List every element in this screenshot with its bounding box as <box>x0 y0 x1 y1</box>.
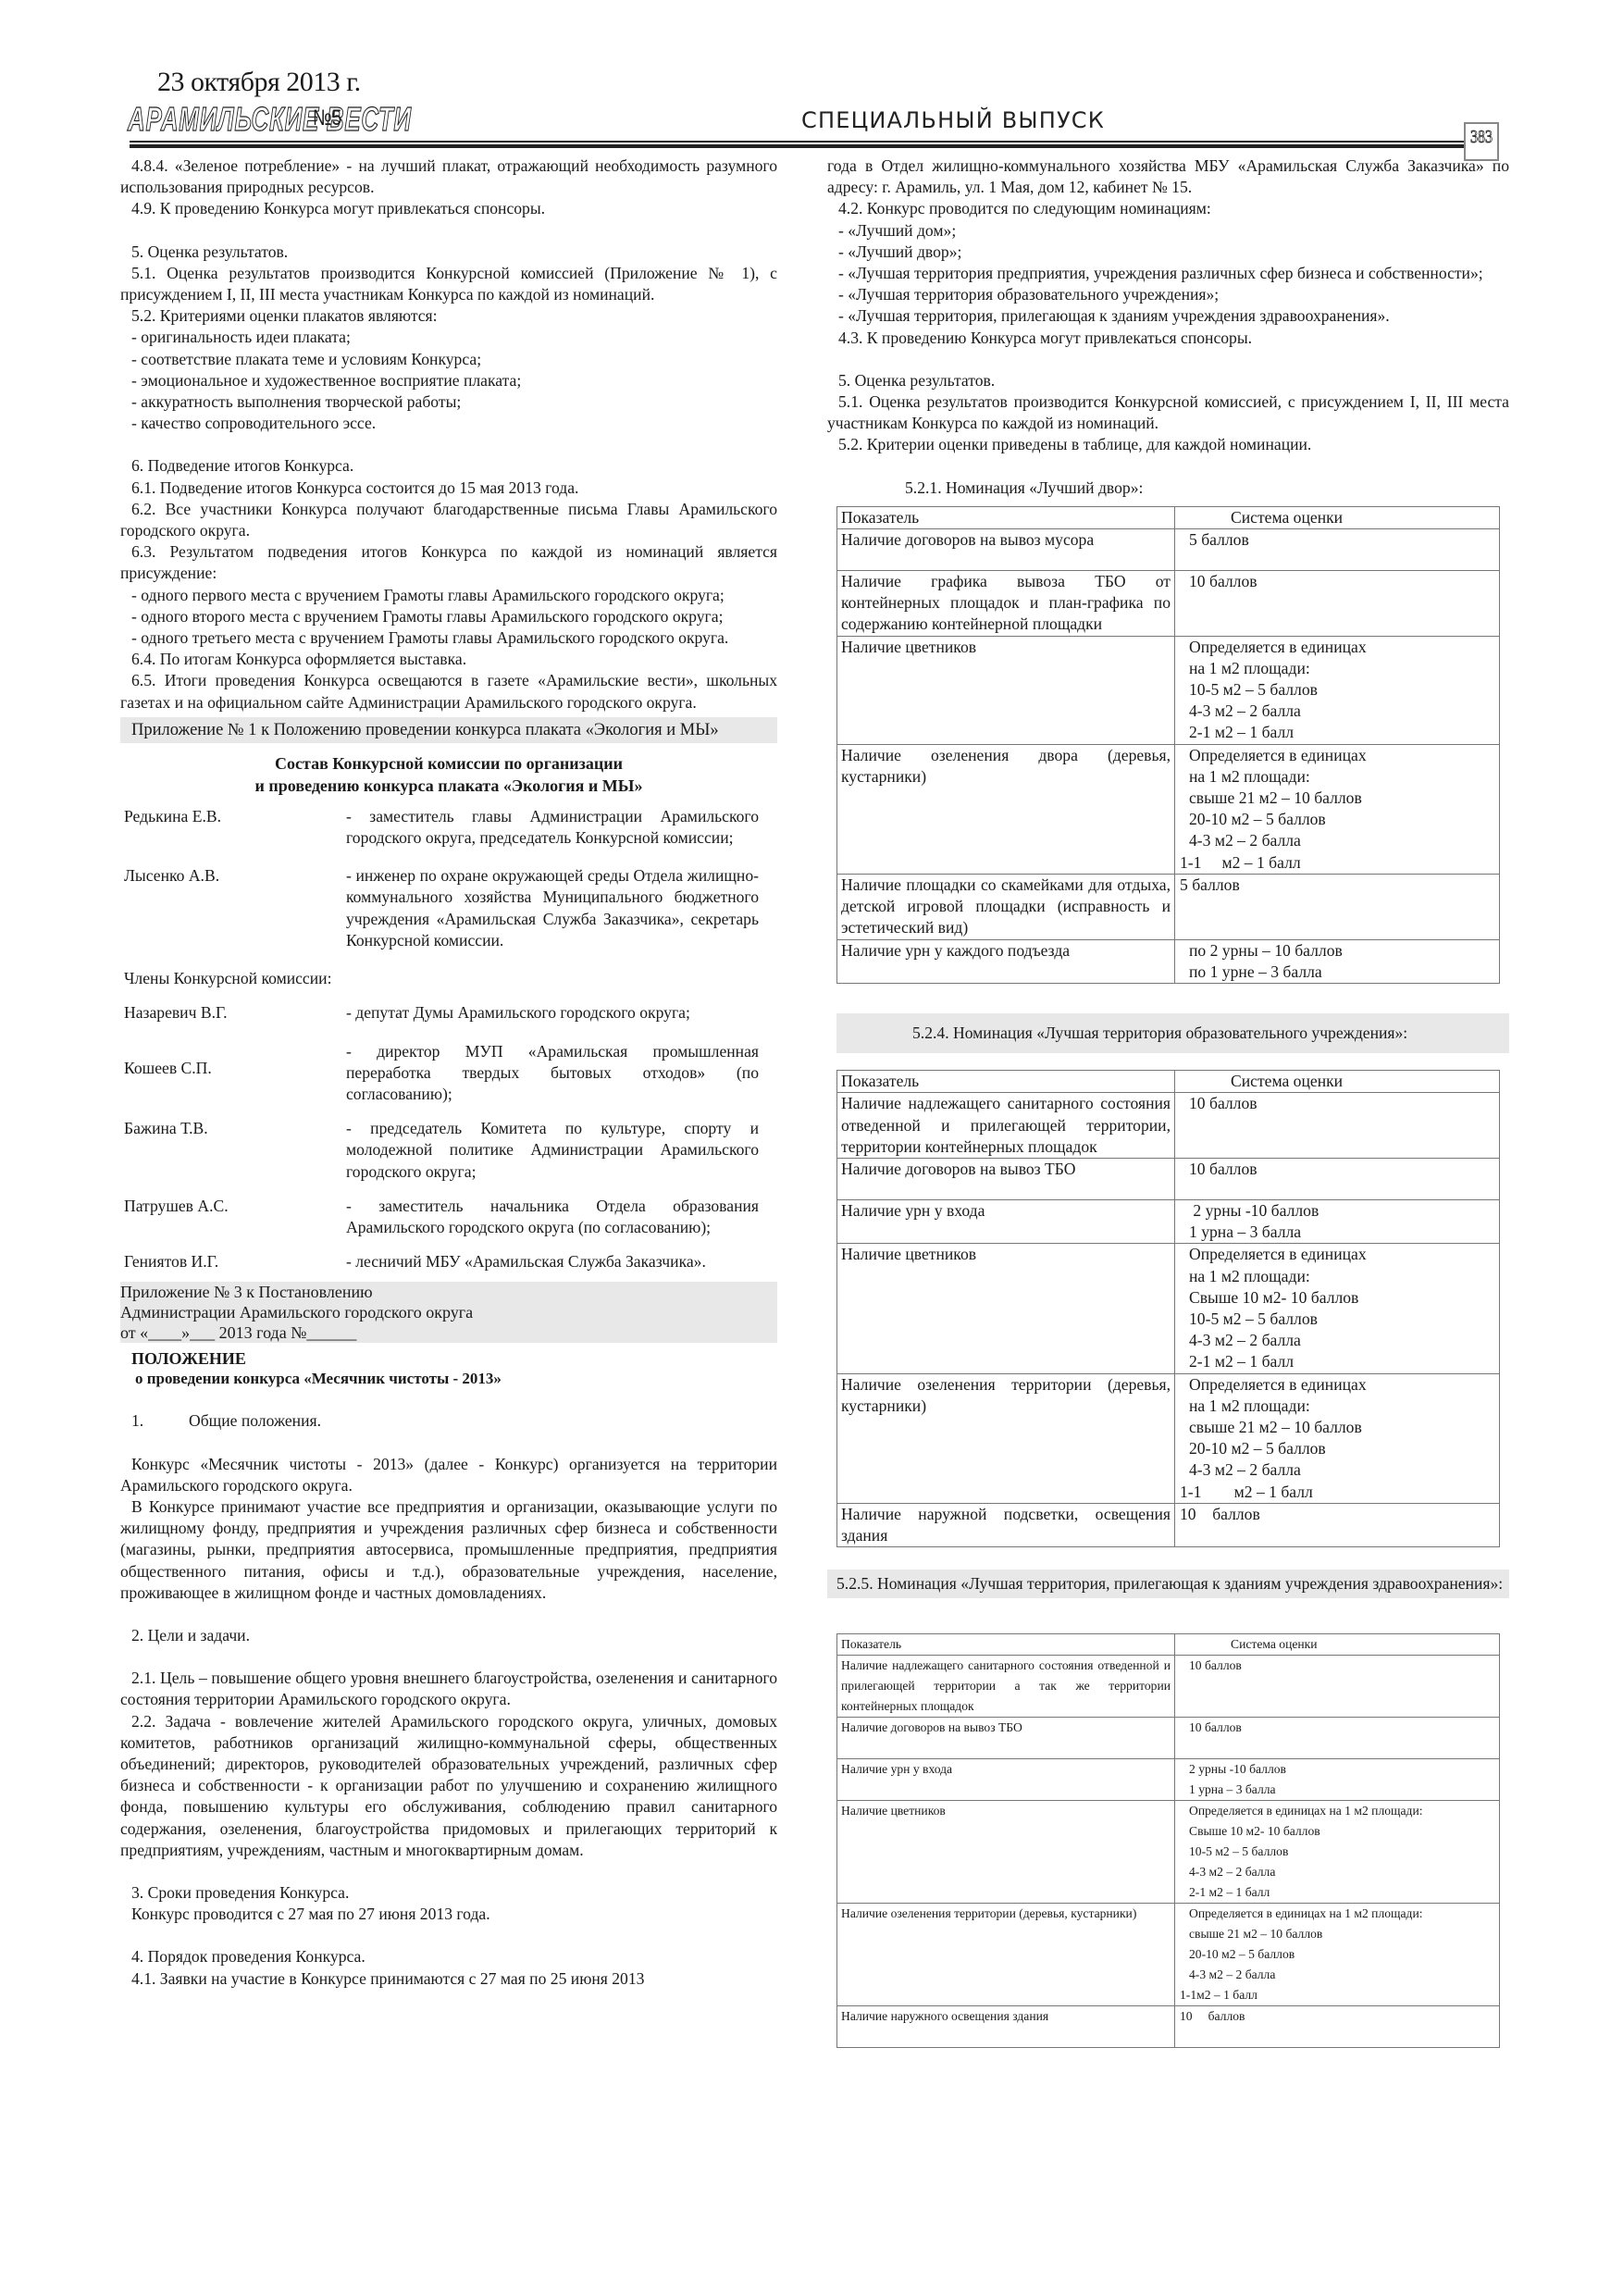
score-line: 4-3 м2 – 2 балла <box>1189 1330 1495 1351</box>
score-line: Определяется в единицах на 1 м2 площади: <box>1189 1904 1495 1924</box>
paragraph: 6.1. Подведение итогов Конкурса состоитс… <box>120 478 777 499</box>
newspaper-title: АРАМИЛЬСКИЕ ВЕСТИ <box>128 100 412 139</box>
score-cell: 10 баллов <box>1175 2006 1500 2048</box>
list-item: - аккуратность выполнения творческой раб… <box>120 391 777 413</box>
paragraph: Конкурс проводится с 27 мая по 27 июня 2… <box>120 1904 777 1925</box>
commission-member: Бажина Т.В. - председатель Комитета по к… <box>120 1118 777 1183</box>
table-header-row: ПоказательСистема оценки <box>837 1071 1500 1093</box>
member-role: - председатель Комитета по культуре, спо… <box>346 1118 759 1183</box>
score-line: 20-10 м2 – 5 баллов <box>1189 1944 1495 1965</box>
score-line: Определяется в единицах <box>1189 745 1495 766</box>
member-name: Бажина Т.В. <box>120 1118 346 1183</box>
score-line: по 2 урны – 10 баллов <box>1189 940 1495 962</box>
member-role: - заместитель начальника Отдела образова… <box>346 1196 759 1238</box>
list-item: - одного первого места с вручением Грамо… <box>120 585 777 606</box>
indicator-cell: Наличие урн у входа <box>837 1759 1175 1801</box>
header-rule-thin <box>130 141 1464 143</box>
paragraph: 6.4. По итогам Конкурса оформляется выст… <box>120 649 777 670</box>
issue-number: №5 <box>313 105 341 131</box>
column-header: Показатель <box>837 1071 1175 1093</box>
score-cell: Определяется в единицахна 1 м2 площади:С… <box>1175 1244 1500 1373</box>
score-cell: 10 баллов <box>1175 1503 1500 1546</box>
score-line: 4-3 м2 – 2 балла <box>1189 701 1495 722</box>
member-role: - заместитель главы Администрации Арамил… <box>346 806 759 849</box>
paragraph: 5.2. Критерии оценки приведены в таблице… <box>827 434 1509 455</box>
score-line: 10-5 м2 – 5 баллов <box>1189 1309 1495 1330</box>
indicator-cell: Наличие цветников <box>837 636 1175 744</box>
score-cell: 10 баллов <box>1175 1093 1500 1159</box>
indicator-cell: Наличие озеленения двора (деревья, куста… <box>837 744 1175 874</box>
score-line: 4-3 м2 – 2 балла <box>1189 1459 1495 1481</box>
paragraph: 4.8.4. «Зеленое потребление» - на лучший… <box>120 155 777 198</box>
list-item: - качество сопроводительного эссе. <box>120 413 777 434</box>
paragraph: 6.5. Итоги проведения Конкурса освещаютс… <box>120 670 777 713</box>
indicator-cell: Наличие площадки со скамейками для отдых… <box>837 874 1175 939</box>
member-role: - лесничий МБУ «Арамильская Служба Заказ… <box>346 1251 759 1272</box>
regulation-title: ПОЛОЖЕНИЕ <box>131 1348 777 1369</box>
score-line: 1-1 м2 – 1 балл <box>1180 1482 1495 1503</box>
score-line: 2 урны -10 баллов <box>1189 1759 1495 1780</box>
table-row: Наличие цветниковОпределяется в единицах… <box>837 1801 1500 1904</box>
score-line: 5 баллов <box>1189 529 1495 551</box>
score-line: 10 баллов <box>1180 2006 1495 2027</box>
score-cell: 10 баллов <box>1175 1656 1500 1718</box>
section-heading: 3. Сроки проведения Конкурса. <box>120 1882 777 1904</box>
table-row: Наличие графика вывоза ТБО от контейнерн… <box>837 571 1500 637</box>
table-row: Наличие озеленения территории (деревья, … <box>837 1373 1500 1503</box>
score-line: 5 баллов <box>1180 875 1495 896</box>
commission-title-line: Состав Конкурсной комиссии по организаци… <box>120 752 777 775</box>
score-line: Определяется в единицах <box>1189 637 1495 658</box>
list-item: - «Лучшая территория, прилегающая к здан… <box>827 305 1509 327</box>
score-line: Свыше 10 м2- 10 баллов <box>1189 1821 1495 1842</box>
indicator-cell: Наличие договоров на вывоз мусора <box>837 529 1175 571</box>
table-row: Наличие урн у входа 2 урны -10 баллов1 у… <box>837 1199 1500 1243</box>
score-line: свыше 21 м2 – 10 баллов <box>1189 1924 1495 1944</box>
score-line: по 1 урне – 3 балла <box>1189 962 1495 983</box>
score-cell: 10 баллов <box>1175 1718 1500 1759</box>
section-heading: 1. Общие положения. <box>131 1410 777 1432</box>
masthead: 23 октября 2013 г. АРАМИЛЬСКИЕ ВЕСТИ №5 … <box>111 19 1518 148</box>
column-header: Система оценки <box>1175 1071 1500 1093</box>
appendix-line: Приложение № 3 к Постановлению <box>120 1282 777 1302</box>
score-cell: 10 баллов <box>1175 1158 1500 1199</box>
score-line: Свыше 10 м2- 10 баллов <box>1189 1287 1495 1309</box>
score-line: 2 урны -10 баллов <box>1189 1200 1495 1222</box>
issue-date: 23 октября 2013 г. <box>157 67 361 98</box>
score-line: на 1 м2 площади: <box>1189 1396 1495 1417</box>
indicator-cell: Наличие урн у входа <box>837 1199 1175 1243</box>
score-line: Определяется в единицах <box>1189 1244 1495 1265</box>
commission-member: Гениятов И.Г. - лесничий МБУ «Арамильска… <box>120 1251 777 1272</box>
indicator-cell: Наличие цветников <box>837 1801 1175 1904</box>
score-line: на 1 м2 площади: <box>1189 1266 1495 1287</box>
paragraph: Конкурс «Месячник чистоты - 2013» (далее… <box>120 1454 777 1496</box>
table-row: Наличие цветниковОпределяется в единицах… <box>837 636 1500 744</box>
paragraph: 4.9. К проведению Конкурса могут привлек… <box>120 198 777 219</box>
appendix-line: Администрации Арамильского городского ок… <box>120 1302 777 1322</box>
list-item: - соответствие плаката теме и условиям К… <box>120 349 777 370</box>
score-line: свыше 21 м2 – 10 баллов <box>1189 788 1495 809</box>
score-cell: 2 урны -10 баллов1 урна – 3 балла <box>1175 1759 1500 1801</box>
table-row: Наличие урн у каждого подъездапо 2 урны … <box>837 939 1500 983</box>
score-line: 20-10 м2 – 5 баллов <box>1189 809 1495 830</box>
header-rule-thick <box>130 144 1464 148</box>
list-item: - эмоциональное и художественное восприя… <box>120 370 777 391</box>
paragraph: 4.1. Заявки на участие в Конкурсе приним… <box>120 1968 777 1990</box>
section-title: СПЕЦИАЛЬНЫЙ ВЫПУСК <box>801 107 1105 133</box>
indicator-cell: Наличие договоров на вывоз ТБО <box>837 1718 1175 1759</box>
commission-member: Редькина Е.В. - заместитель главы Админи… <box>120 806 777 849</box>
table-row: Наличие площадки со скамейками для отдых… <box>837 874 1500 939</box>
member-name: Патрушев А.С. <box>120 1196 346 1238</box>
score-line: свыше 21 м2 – 10 баллов <box>1189 1417 1495 1438</box>
list-item: - «Лучшая территория образовательного уч… <box>827 284 1509 305</box>
score-cell: Определяется в единицахна 1 м2 площади:с… <box>1175 744 1500 874</box>
table-row: Наличие наружной подсветки, освещения зд… <box>837 1503 1500 1546</box>
member-role: - директор МУП «Арамильская промышленная… <box>346 1041 759 1106</box>
score-line: 2-1 м2 – 1 балл <box>1189 1351 1495 1372</box>
list-item: - одного второго места с вручением Грамо… <box>120 606 777 627</box>
score-cell: 10 баллов <box>1175 571 1500 637</box>
commission-member: Патрушев А.С. - заместитель начальника О… <box>120 1196 777 1238</box>
member-role: - инженер по охране окружающей среды Отд… <box>346 865 759 951</box>
table-caption: 5.2.5. Номинация «Лучшая территория, при… <box>827 1570 1509 1598</box>
score-line: 10 баллов <box>1189 571 1495 592</box>
paragraph: 5.1. Оценка результатов производится Кон… <box>827 391 1509 434</box>
list-item: - «Лучшая территория предприятия, учрежд… <box>827 263 1509 284</box>
paragraph: 5.2. Критериями оценки плакатов являются… <box>120 305 777 327</box>
score-line: 1 урна – 3 балла <box>1189 1222 1495 1243</box>
table-row: Наличие озеленения территории (деревья, … <box>837 1904 1500 2006</box>
paragraph: 4.2. Конкурс проводится по следующим ном… <box>827 198 1509 219</box>
paragraph: 6.2. Все участники Конкурса получают бла… <box>120 499 777 541</box>
commission-member: Лысенко А.В. - инженер по охране окружаю… <box>120 865 777 951</box>
member-name: Лысенко А.В. <box>120 865 346 951</box>
score-cell: Определяется в единицахна 1 м2 площади:1… <box>1175 636 1500 744</box>
appendix-3-note: Приложение № 3 к Постановлению Администр… <box>120 1282 777 1343</box>
table-header-row: ПоказательСистема оценки <box>837 506 1500 528</box>
indicator-cell: Наличие цветников <box>837 1244 1175 1373</box>
indicator-cell: Наличие урн у каждого подъезда <box>837 939 1175 983</box>
section-heading: 4. Порядок проведения Конкурса. <box>120 1946 777 1967</box>
section-heading: 2. Цели и задачи. <box>120 1625 777 1646</box>
table-row: Наличие озеленения двора (деревья, куста… <box>837 744 1500 874</box>
commission-title: Состав Конкурсной комиссии по организаци… <box>120 752 777 797</box>
score-cell: по 2 урны – 10 балловпо 1 урне – 3 балла <box>1175 939 1500 983</box>
member-role: - депутат Думы Арамильского городского о… <box>346 1002 759 1024</box>
commission-title-line: и проведению конкурса плаката «Экология … <box>120 775 777 797</box>
score-line: Определяется в единицах на 1 м2 площади: <box>1189 1801 1495 1821</box>
table-row: Наличие надлежащего санитарного состояни… <box>837 1093 1500 1159</box>
score-line: 4-3 м2 – 2 балла <box>1189 830 1495 851</box>
list-item: - оригинальность идеи плаката; <box>120 327 777 348</box>
score-cell: Определяется в единицахна 1 м2 площади:с… <box>1175 1373 1500 1503</box>
list-item: - «Лучший двор»; <box>827 242 1509 263</box>
appendix-1-note: Приложение № 1 к Положению проведении ко… <box>120 717 777 743</box>
score-line: 1 урна – 3 балла <box>1189 1780 1495 1800</box>
left-column: 4.8.4. «Зеленое потребление» - на лучший… <box>120 155 777 1990</box>
indicator-cell: Наличие надлежащего санитарного состояни… <box>837 1093 1175 1159</box>
score-cell: 2 урны -10 баллов1 урна – 3 балла <box>1175 1199 1500 1243</box>
score-line: на 1 м2 площади: <box>1189 766 1495 788</box>
score-cell: 5 баллов <box>1175 529 1500 571</box>
commission-member: Кошеев С.П. - директор МУП «Арамильская … <box>120 1041 777 1106</box>
regulation-subtitle: о проведении конкурса «Месячник чистоты … <box>135 1369 777 1389</box>
section-heading: 6. Подведение итогов Конкурса. <box>120 455 777 477</box>
section-title: Общие положения. <box>189 1410 321 1432</box>
score-line: 1-1м2 – 1 балл <box>1180 1985 1495 2005</box>
list-item: - одного третьего места с вручением Грам… <box>120 627 777 649</box>
section-heading: 5. Оценка результатов. <box>827 370 1509 391</box>
scoring-table-best-yard: ПоказательСистема оценкиНаличие договоро… <box>836 506 1500 984</box>
indicator-cell: Наличие наружного освещения здания <box>837 2006 1175 2048</box>
score-line: 4-3 м2 – 2 балла <box>1189 1965 1495 1985</box>
score-line: 20-10 м2 – 5 баллов <box>1189 1438 1495 1459</box>
paragraph: года в Отдел жилищно-коммунального хозяй… <box>827 155 1509 198</box>
member-name: Гениятов И.Г. <box>120 1251 346 1272</box>
appendix-line: от «____»___ 2013 года №______ <box>120 1322 777 1343</box>
paragraph: 6.3. Результатом подведения итогов Конку… <box>120 541 777 584</box>
section-number: 1. <box>131 1410 189 1432</box>
score-line: Определяется в единицах <box>1189 1374 1495 1396</box>
score-line: 10-5 м2 – 5 баллов <box>1189 1842 1495 1862</box>
table-row: Наличие договоров на вывоз мусора5 балло… <box>837 529 1500 571</box>
score-line: 10 баллов <box>1189 1159 1495 1180</box>
indicator-cell: Наличие озеленения территории (деревья, … <box>837 1904 1175 2006</box>
indicator-cell: Наличие договоров на вывоз ТБО <box>837 1158 1175 1199</box>
paragraph: 2.2. Задача - вовлечение жителей Арамиль… <box>120 1711 777 1861</box>
scoring-table-education: ПоказательСистема оценкиНаличие надлежащ… <box>836 1070 1500 1547</box>
score-line: 2-1 м2 – 1 балл <box>1189 1882 1495 1903</box>
table-row: Наличие договоров на вывоз ТБО10 баллов <box>837 1158 1500 1199</box>
indicator-cell: Наличие наружной подсветки, освещения зд… <box>837 1503 1175 1546</box>
score-line: 10 баллов <box>1189 1718 1495 1738</box>
page-number: 383 <box>1469 127 1493 148</box>
indicator-cell: Наличие надлежащего санитарного состояни… <box>837 1656 1175 1718</box>
score-cell: 5 баллов <box>1175 874 1500 939</box>
paragraph: В Конкурсе принимают участие все предпри… <box>120 1496 777 1604</box>
paragraph: 5.1. Оценка результатов производится Кон… <box>120 263 777 305</box>
score-line: 1-1 м2 – 1 балл <box>1180 852 1495 874</box>
score-line: 10 баллов <box>1189 1656 1495 1676</box>
table-row: Наличие наружного освещения здания10 бал… <box>837 2006 1500 2048</box>
members-label: Члены Конкурсной комиссии: <box>124 968 777 989</box>
column-header: Система оценки <box>1175 1634 1500 1656</box>
score-cell: Определяется в единицах на 1 м2 площади:… <box>1175 1904 1500 2006</box>
table-caption: 5.2.4. Номинация «Лучшая территория обра… <box>836 1013 1509 1053</box>
table-row: Наличие договоров на вывоз ТБО10 баллов <box>837 1718 1500 1759</box>
score-line: 10 баллов <box>1189 1093 1495 1114</box>
indicator-cell: Наличие графика вывоза ТБО от контейнерн… <box>837 571 1175 637</box>
table-row: Наличие надлежащего санитарного состояни… <box>837 1656 1500 1718</box>
table-caption: 5.2.1. Номинация «Лучший двор»: <box>827 478 1509 499</box>
score-line: на 1 м2 площади: <box>1189 658 1495 679</box>
table-header-row: ПоказательСистема оценки <box>837 1634 1500 1656</box>
member-name: Кошеев С.П. <box>120 1041 346 1106</box>
table-row: Наличие урн у входа2 урны -10 баллов1 ур… <box>837 1759 1500 1801</box>
right-column: года в Отдел жилищно-коммунального хозяй… <box>827 155 1509 2048</box>
score-line: 4-3 м2 – 2 балла <box>1189 1862 1495 1882</box>
section-heading: 5. Оценка результатов. <box>120 242 777 263</box>
table-row: Наличие цветниковОпределяется в единицах… <box>837 1244 1500 1373</box>
column-header: Система оценки <box>1175 506 1500 528</box>
paragraph: 4.3. К проведению Конкурса могут привлек… <box>827 328 1509 349</box>
scoring-table-healthcare: ПоказательСистема оценкиНаличие надлежащ… <box>836 1633 1500 2048</box>
column-header: Показатель <box>837 1634 1175 1656</box>
member-name: Редькина Е.В. <box>120 806 346 849</box>
indicator-cell: Наличие озеленения территории (деревья, … <box>837 1373 1175 1503</box>
member-name: Назаревич В.Г. <box>120 1002 346 1024</box>
column-header: Показатель <box>837 506 1175 528</box>
list-item: - «Лучший дом»; <box>827 220 1509 242</box>
score-line: 10-5 м2 – 5 баллов <box>1189 679 1495 701</box>
score-line: 10 баллов <box>1180 1504 1495 1525</box>
score-line: 2-1 м2 – 1 балл <box>1189 722 1495 743</box>
score-cell: Определяется в единицах на 1 м2 площади:… <box>1175 1801 1500 1904</box>
paragraph: 2.1. Цель – повышение общего уровня внеш… <box>120 1668 777 1710</box>
commission-member: Назаревич В.Г. - депутат Думы Арамильско… <box>120 1002 777 1024</box>
